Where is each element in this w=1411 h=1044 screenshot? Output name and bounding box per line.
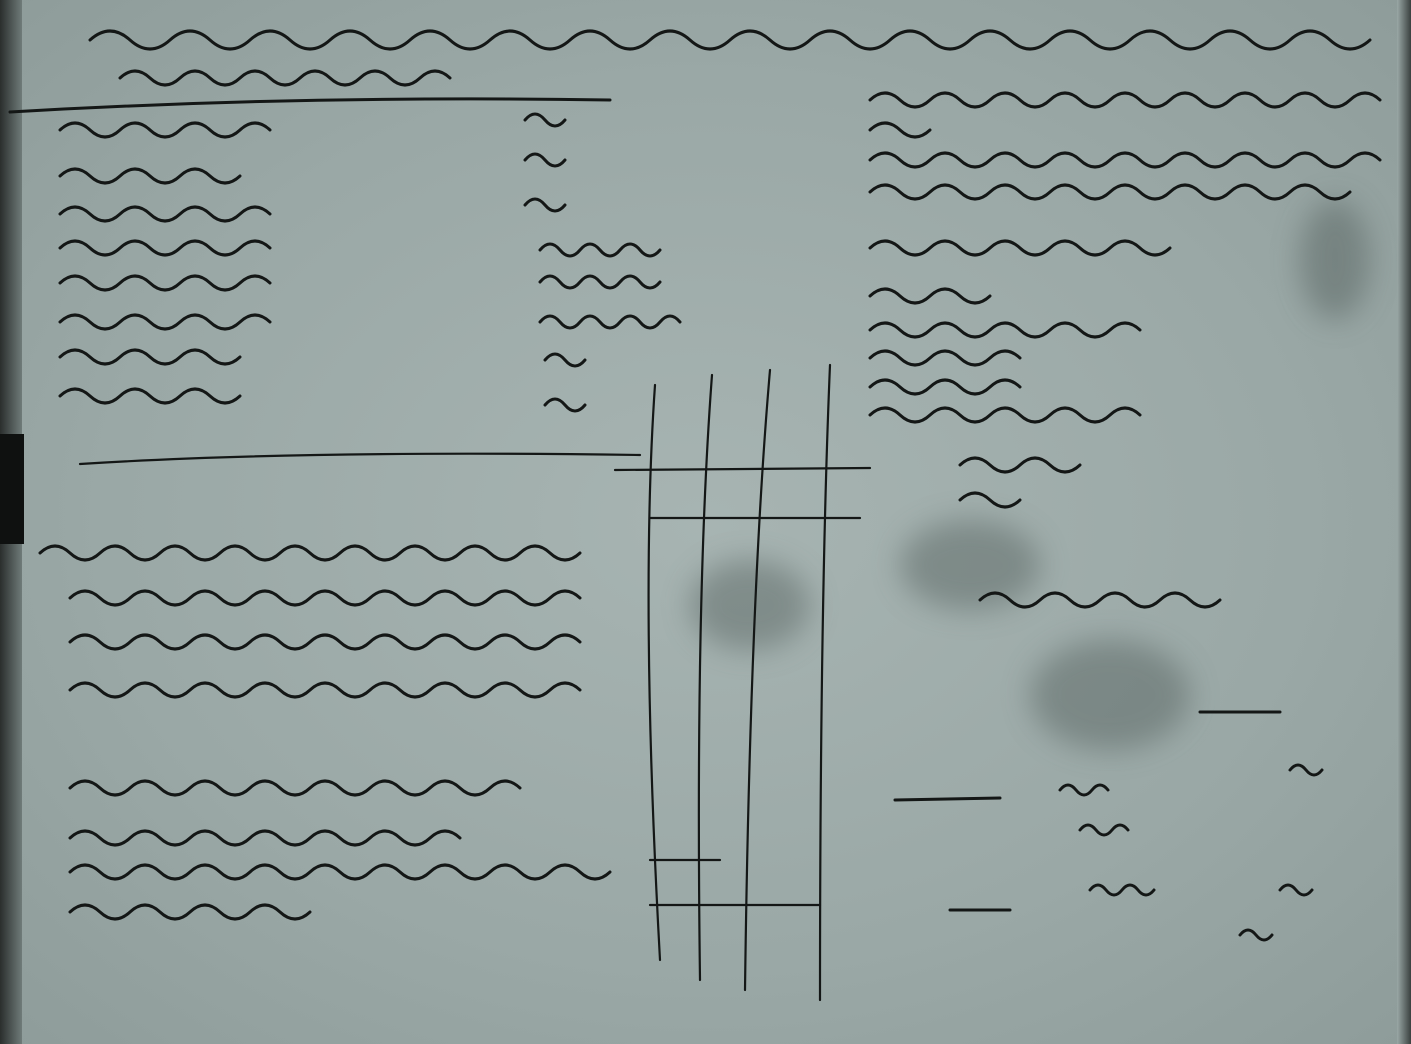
manuscript-page: handwritten, not reliably transcribable … <box>0 0 1411 1044</box>
center-list <box>525 114 680 411</box>
lower-right-calcs <box>895 712 1322 940</box>
right-block <box>870 93 1380 607</box>
header-text <box>10 31 1370 112</box>
left-list <box>60 123 270 403</box>
handwriting-layer <box>0 0 1411 1044</box>
left-paragraph <box>40 546 610 919</box>
